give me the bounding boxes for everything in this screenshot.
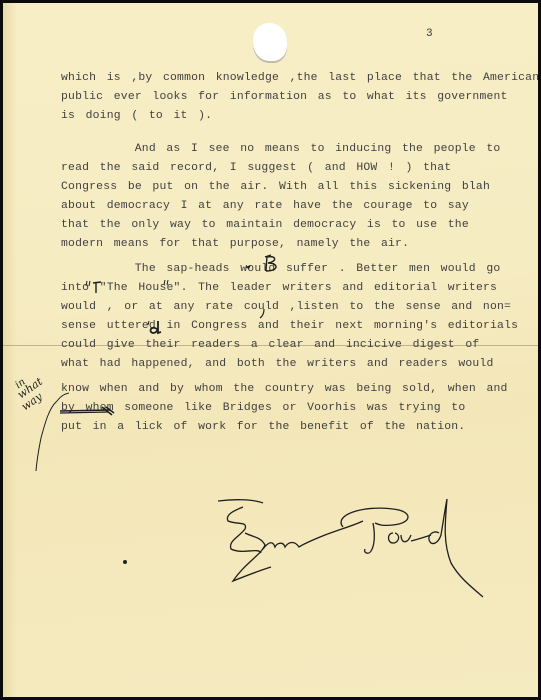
typed-line: public ever looks for information as to … xyxy=(61,91,508,103)
typed-line: put in a lick of work for the benefit of… xyxy=(61,421,465,433)
typed-line: what had happened, and both the writers … xyxy=(61,358,494,370)
typed-line: would , or at any rate could ,listen to … xyxy=(61,301,511,313)
typed-line: And as I see no means to inducing the pe… xyxy=(61,143,500,155)
typed-line: into "The House". The leader writers and… xyxy=(61,282,497,294)
typed-line: could give their readers a clear and inc… xyxy=(61,339,479,351)
page-number: 3 xyxy=(426,28,433,40)
typed-line: modern means for that purpose, namely th… xyxy=(61,238,409,250)
signature-ezra-pound xyxy=(203,493,503,613)
typed-line: which is ,by common knowledge ,the last … xyxy=(61,72,538,84)
typed-line: that the only way to maintain democracy … xyxy=(61,219,469,231)
typed-line: about democracy I at any rate have the c… xyxy=(61,200,469,212)
svg-text:way: way xyxy=(19,389,45,413)
typed-line: know when and by whom the country was be… xyxy=(61,383,508,395)
svg-text:in: in xyxy=(13,376,27,391)
typed-line: is doing ( to it ). xyxy=(61,110,212,122)
typed-line: sense uttered in Congress and their next… xyxy=(61,320,518,332)
typed-line: by whom someone like Bridges or Voorhis … xyxy=(61,402,465,414)
letter-page: 3 which is ,by common knowledge ,the las… xyxy=(3,3,538,697)
typed-line: read the said record, I suggest ( and HO… xyxy=(61,162,451,174)
ink-dot xyxy=(123,560,127,564)
typed-line: Congress be put on the air. With all thi… xyxy=(61,181,490,193)
svg-text:what: what xyxy=(15,375,45,402)
margin-note-in-what-way: in what way xyxy=(9,363,69,473)
punched-hole xyxy=(253,23,287,61)
typed-line: The sap-heads would suffer . Better men … xyxy=(61,263,500,275)
